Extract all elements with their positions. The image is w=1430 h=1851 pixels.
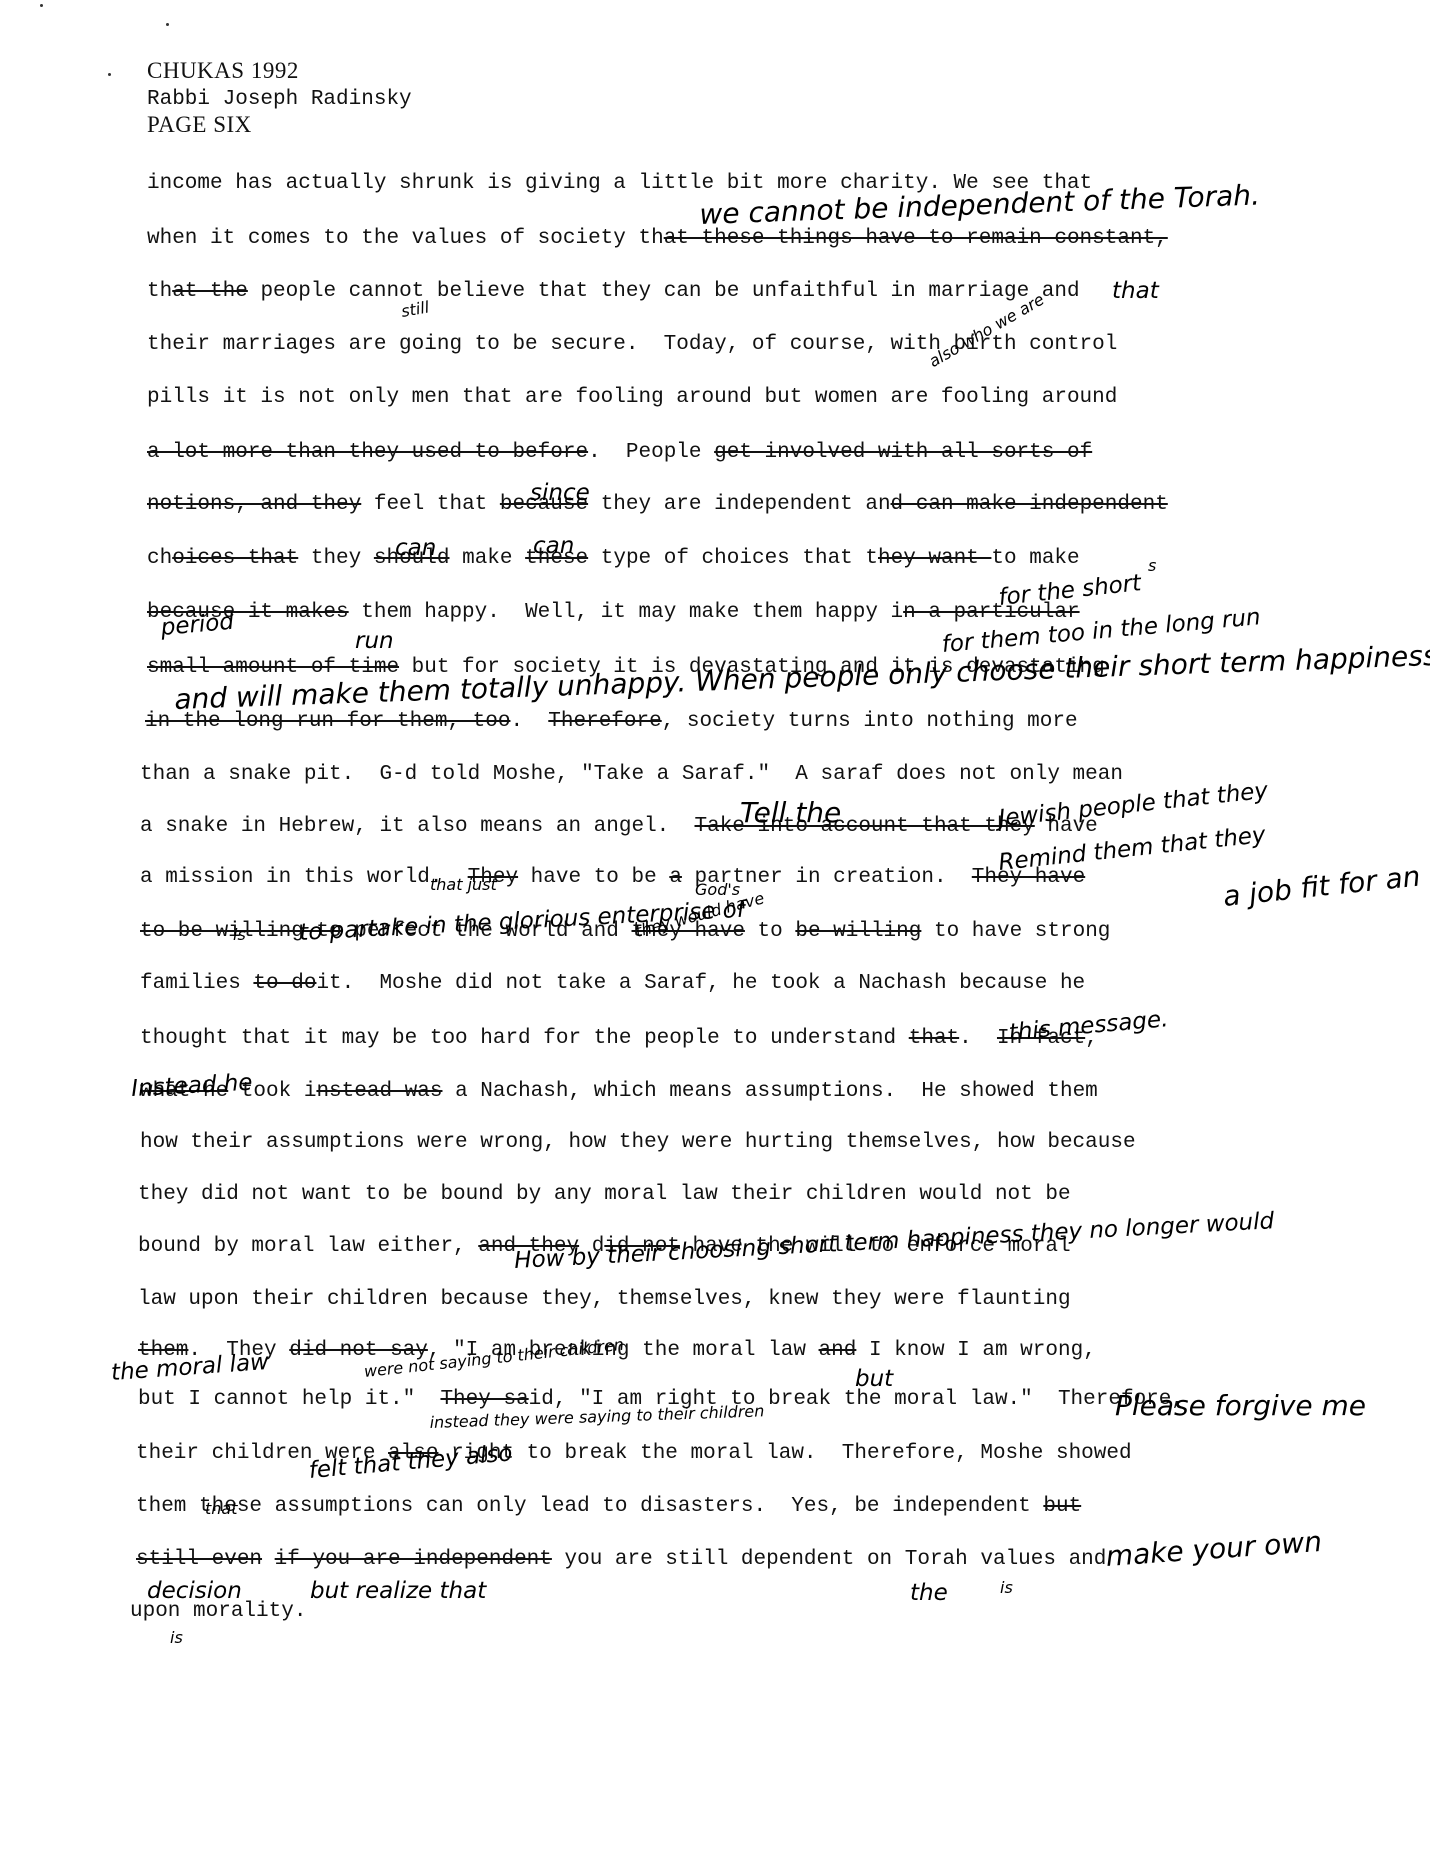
typed-text: make [450,547,526,570]
handwritten-note: Tell the [740,796,841,829]
typed-text: to make [991,547,1079,570]
typed-text: they are independent an [588,493,890,516]
struck-text: d can make independent [891,493,1168,516]
typed-line: thought that it may be too hard for the … [140,1027,1098,1050]
typed-text: than a snake pit. G-d told Moshe, "Take … [140,763,1123,786]
handwritten-note: but [855,1366,893,1392]
typed-text: how their assumptions were wrong, how th… [140,1131,1136,1154]
typed-line: than a snake pit. G-d told Moshe, "Take … [140,763,1123,786]
handwritten-note: the [910,1580,948,1606]
typed-line: because it makes them happy. Well, it ma… [147,601,1080,624]
handwritten-note: period [160,609,235,641]
typed-text: bound by moral law either, [138,1235,478,1258]
typed-text: they [298,547,374,570]
struck-text: hey want [878,547,991,570]
scan-speck [108,73,111,76]
typed-line: in the long run for them, too. Therefore… [145,710,1078,733]
handwritten-note: that just [430,875,497,894]
typed-text: type of choices that t [588,547,878,570]
typed-line: that the people cannot believe that they… [147,280,1080,303]
typed-line: a snake in Hebrew, it also means an ange… [140,815,1098,838]
typed-text: people cannot believe that they can be u… [248,280,1080,303]
document-author: Rabbi Joseph Radinsky [147,88,412,111]
typed-line: they did not want to be bound by any mor… [138,1183,1071,1206]
typed-line: families to doit. Moshe did not take a S… [140,972,1085,995]
scan-speck [166,23,169,26]
typed-text: pills it is not only men that are foolin… [147,386,1117,409]
typed-line: choices that they should make these type… [147,547,1080,570]
handwritten-note: can [533,533,574,559]
typed-text: right to break the moral law. Therefore,… [438,1442,1131,1465]
handwritten-note: since [530,480,590,506]
handwritten-note: still [400,297,431,321]
typed-text: to [745,920,795,943]
page-label: PAGE SIX [147,112,252,138]
handwritten-note: that [1112,278,1159,304]
typed-text: they did not want to be bound by any mor… [138,1183,1071,1206]
struck-text: nstead was [316,1080,442,1103]
struck-text: to do [253,972,316,995]
handwritten-note: Please forgive me [1115,1389,1366,1422]
typed-text: to have strong [921,920,1110,943]
struck-text: if you are independent [275,1548,552,1571]
typed-line: them these assumptions can only lead to … [136,1495,1081,1518]
handwritten-note: can [395,535,436,561]
struck-text: They sa [440,1388,528,1411]
typed-text: them happy. Well, it may make them happy… [349,601,904,624]
typed-line: what he took instead was a Nachash, whic… [140,1080,1098,1103]
typed-line: notions, and they feel that because they… [147,493,1168,516]
struck-text: but [1043,1495,1081,1518]
typed-text: you are still dependent on Torah values … [552,1548,1107,1571]
handwritten-note: decision [147,1578,242,1604]
struck-text: get involved with all sorts of [714,441,1092,464]
handwritten-note: s [1148,556,1156,575]
typed-text: ch [147,547,172,570]
typed-line: law upon their children because they, th… [138,1288,1071,1311]
typed-line: how their assumptions were wrong, how th… [140,1131,1136,1154]
typed-line: when it comes to the values of society t… [147,227,1168,250]
handwritten-note: a job fit for an angel [1222,850,1430,913]
handwritten-note: run [355,628,394,654]
handwritten-note: make your own [1105,1525,1323,1573]
handwritten-note: but realize that [310,1578,486,1604]
struck-text: be willing [795,920,921,943]
typed-text: families [140,972,253,995]
typed-line: a mission in this world. They have to be… [140,866,1085,889]
typed-text [262,1548,275,1571]
typed-text: feel that [361,493,500,516]
struck-text: at the [172,280,248,303]
typed-text: . [959,1027,997,1050]
typed-text: . [510,710,548,733]
typed-text: . People [588,441,714,464]
typed-text: have to be [518,866,669,889]
struck-text: Therefore [548,710,661,733]
handwritten-note: that [205,1499,238,1518]
typed-text: thought that it may be too hard for the … [140,1027,909,1050]
typed-line: their children were also right to break … [136,1442,1132,1465]
struck-text: a lot more than they used to before [147,441,588,464]
handwritten-note: the moral law [110,1349,270,1386]
struck-text: notions, and they [147,493,361,516]
struck-text: oices that [172,547,298,570]
document-title: CHUKAS 1992 [147,58,299,84]
handwritten-note: is [1000,1578,1013,1597]
handwritten-note: is [170,1628,183,1647]
typed-text: when it comes to the values of society t… [147,227,664,250]
typed-text: a snake in Hebrew, it also means an ange… [140,815,695,838]
struck-text: and [819,1339,857,1362]
typed-text: them these assumptions can only lead to … [136,1495,1043,1518]
scan-speck [40,4,43,7]
typed-line: pills it is not only men that are foolin… [147,386,1117,409]
typed-text: law upon their children because they, th… [138,1288,1071,1311]
typed-text: , society turns into nothing more [662,710,1078,733]
typed-text: it. Moshe did not take a Saraf, he took … [316,972,1085,995]
document-page: CHUKAS 1992 Rabbi Joseph Radinsky PAGE S… [0,0,1430,1851]
typed-line: a lot more than they used to before. Peo… [147,441,1092,464]
typed-line: still even if you are independent you ar… [136,1548,1106,1571]
struck-text: that [909,1027,959,1050]
typed-text: but I cannot help it." [138,1388,440,1411]
struck-text: still even [136,1548,262,1571]
typed-text: a Nachash, which means assumptions. He s… [442,1080,1097,1103]
typed-text: th [147,280,172,303]
struck-text: a [669,866,682,889]
handwritten-note: How by their choosing short term happine… [514,1208,1275,1274]
typed-text: I know I am wrong, [856,1339,1095,1362]
struck-text: at these things have to remain constant, [664,227,1168,250]
handwritten-note: is [233,925,246,944]
typed-text: a mission in this world. [140,866,468,889]
